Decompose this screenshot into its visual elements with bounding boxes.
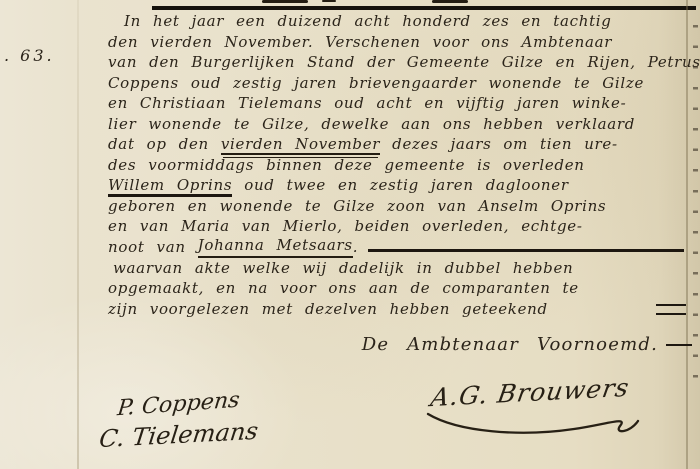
manuscript-line: en Christiaan Tielemans oud acht en vijf… <box>108 93 686 114</box>
manuscript-line: Coppens oud zestig jaren brievengaarder … <box>108 73 686 94</box>
manuscript-line: des voormiddags binnen deze gemeente is … <box>108 155 686 176</box>
line-text: dezes jaars om tien ure- <box>380 135 618 153</box>
line-text: oud twee en zestig jaren daglooner <box>232 176 568 194</box>
signature-witness-2: C. Tielemans <box>98 417 260 453</box>
line-text: waarvan akte welke wij dadelijk in dubbe… <box>113 259 573 277</box>
manuscript-line: dat op den vierden November dezes jaars … <box>108 134 686 155</box>
line-text: zijn voorgelezen met dezelven hebben get… <box>108 299 548 320</box>
edge-speck <box>432 0 468 3</box>
line-text: en van Maria van Mierlo, beiden overlede… <box>108 217 583 235</box>
signature-witness-1: P. Coppens <box>116 388 241 421</box>
edge-speck <box>262 0 308 3</box>
line-text: noot van <box>108 237 198 258</box>
manuscript-line: waarvan akte welke wij dadelijk in dubbe… <box>108 258 686 279</box>
paper-fold-line <box>77 0 79 469</box>
closing-dash <box>666 344 692 346</box>
manuscript-text: In het jaar een duizend acht honderd zes… <box>108 11 686 319</box>
deceased-name: Willem Oprins <box>108 176 232 197</box>
line-text: van den Burgerlijken Stand der Gemeente … <box>108 53 700 71</box>
manuscript-line: Willem Oprins oud twee en zestig jaren d… <box>108 175 686 196</box>
death-date: vierden November <box>221 135 380 155</box>
line-text: opgemaakt, en na voor ons aan de compara… <box>108 279 579 297</box>
closing-formula: De Ambtenaar Voornoemd. <box>336 334 692 355</box>
line-text: den vierden November. Verschenen voor on… <box>108 33 612 51</box>
document-scan: . 63. In het jaar een duizend acht honde… <box>0 0 700 469</box>
line-text: In het jaar een duizend acht honderd zes… <box>124 12 612 30</box>
manuscript-line: en van Maria van Mierlo, beiden overlede… <box>108 216 686 237</box>
line-text: des voormiddags binnen deze gemeente is … <box>108 156 585 174</box>
line-text: en Christiaan Tielemans oud acht en vijf… <box>108 94 626 112</box>
manuscript-line: lier wonende te Gilze, dewelke aan ons h… <box>108 114 686 135</box>
spouse-name: Johanna Metsaars <box>198 235 353 258</box>
line-text: Coppens oud zestig jaren brievengaarder … <box>108 74 644 92</box>
manuscript-line: opgemaakt, en na voor ons aan de compara… <box>108 278 686 299</box>
header-rule <box>152 6 696 10</box>
closing-text: De Ambtenaar Voornoemd. <box>362 334 658 355</box>
manuscript-line: noot van Johanna Metsaars. <box>108 237 686 258</box>
line-text: . <box>353 237 358 258</box>
manuscript-line: In het jaar een duizend acht honderd zes… <box>108 11 686 32</box>
signature-flourish <box>424 406 644 440</box>
manuscript-line: van den Burgerlijken Stand der Gemeente … <box>108 52 686 73</box>
manuscript-line: geboren en wonende te Gilze zoon van Ans… <box>108 196 686 217</box>
manuscript-line: zijn voorgelezen met dezelven hebben get… <box>108 299 686 320</box>
act-number: . 63. <box>4 46 55 65</box>
filler-rule <box>368 249 684 252</box>
manuscript-line: den vierden November. Verschenen voor on… <box>108 32 686 53</box>
line-text: dat op den <box>108 135 221 153</box>
double-dash <box>656 304 686 315</box>
line-text: lier wonende te Gilze, dewelke aan ons h… <box>108 115 635 133</box>
line-text: geboren en wonende te Gilze zoon van Ans… <box>108 197 606 215</box>
edge-speck <box>322 0 336 2</box>
